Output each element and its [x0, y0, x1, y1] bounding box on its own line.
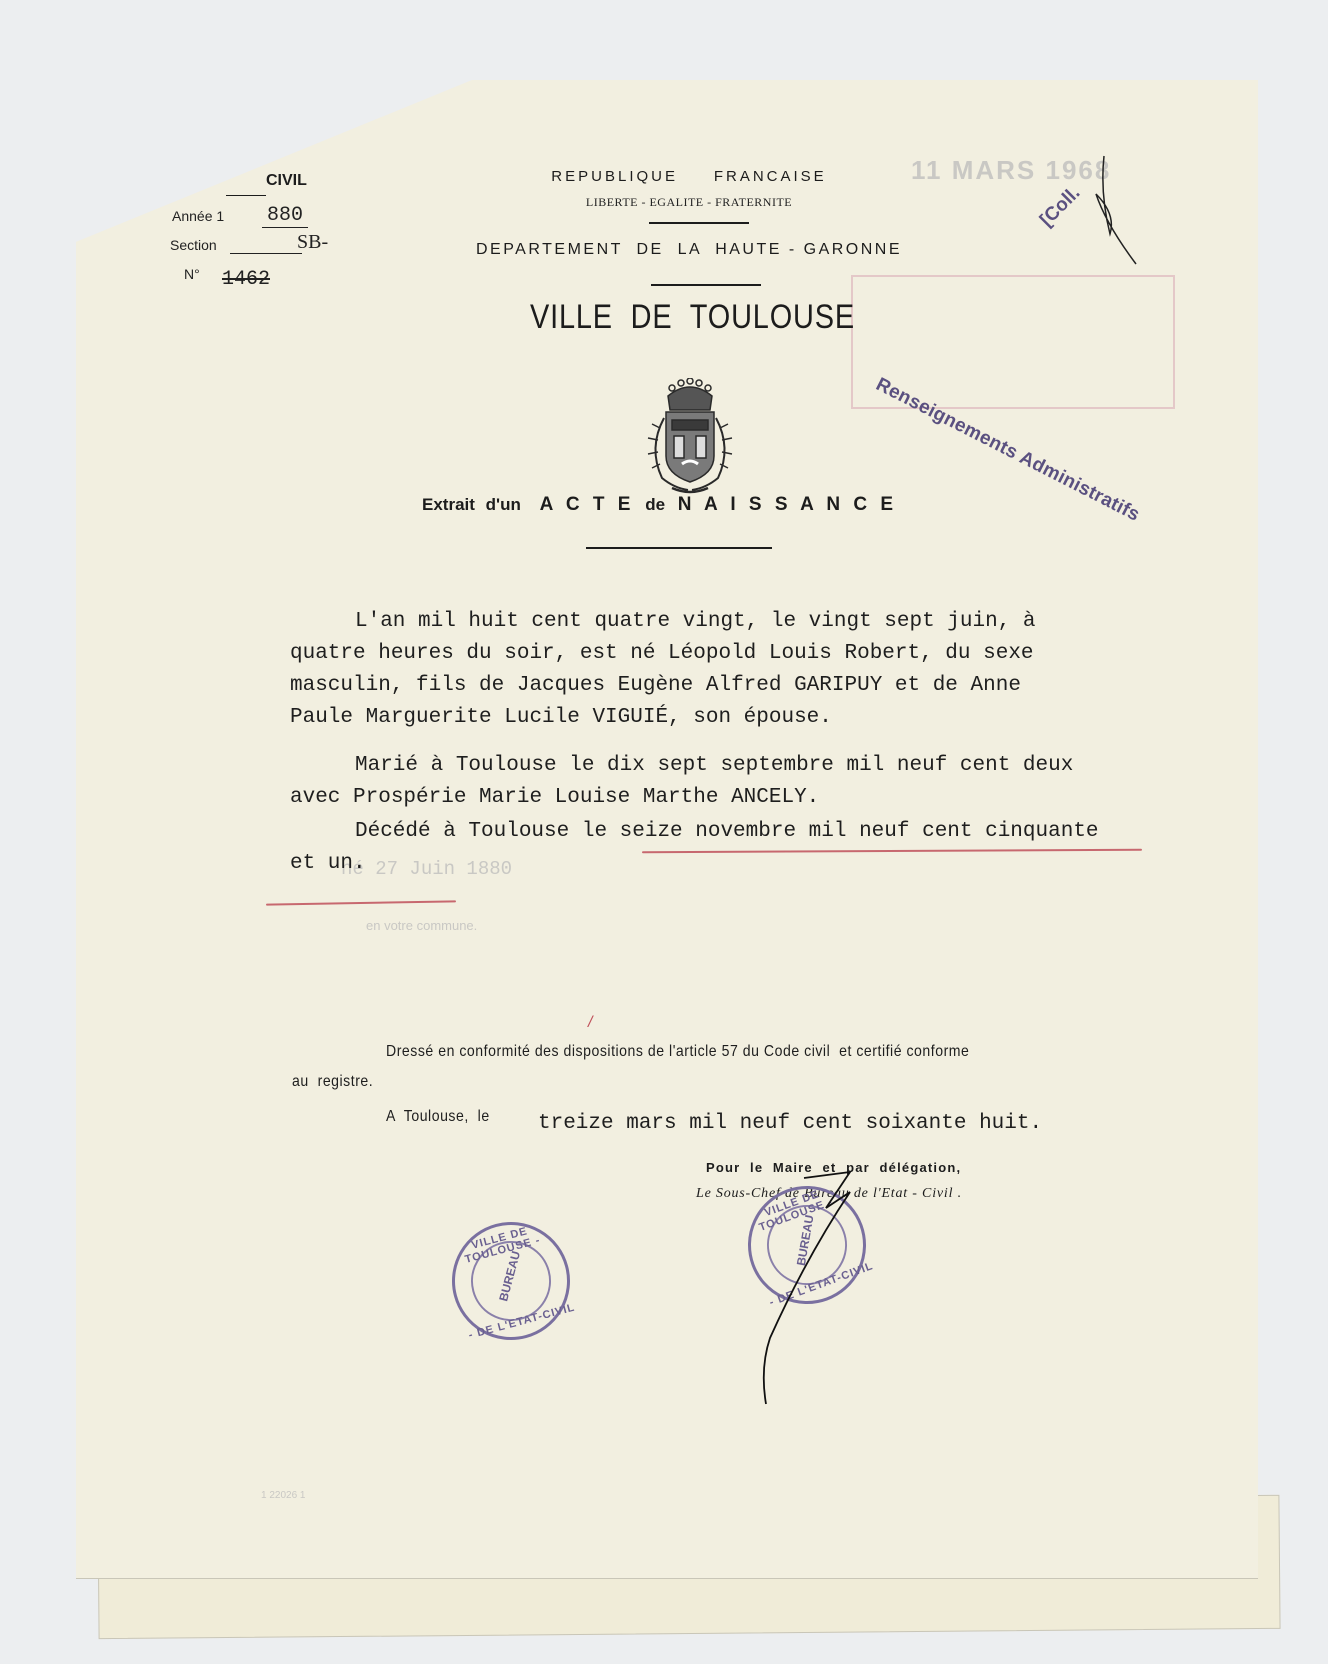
republic-text: REPUBLIQUE FRANCAISE: [551, 168, 826, 185]
department-text: DEPARTEMENT DE LA HAUTE - GARONNE: [476, 241, 902, 258]
doc-type-mid: d'un: [486, 495, 521, 514]
title-rule: [586, 547, 772, 549]
marriage-line-1: Marié à Toulouse le dix sept septembre m…: [355, 754, 1073, 777]
marriage-line-2: avec Prospérie Marie Louise Marthe ANCEL…: [290, 786, 819, 809]
city-title: VILLE DE TOULOUSE: [165, 298, 1170, 337]
birth-line-1: L'an mil huit cent quatre vingt, le ving…: [355, 610, 1036, 633]
coat-of-arms-icon: [638, 378, 742, 498]
place-prefix: A Toulouse, le: [386, 1108, 490, 1126]
doc-type-naissance: N A I S S A N C E: [678, 494, 897, 515]
issue-date: treize mars mil neuf cent soixante huit.: [538, 1112, 1042, 1135]
death-line-1: Décédé à Toulouse le seize novembre mil …: [355, 820, 1099, 843]
city-text: VILLE DE TOULOUSE: [530, 298, 855, 336]
header-rule-1: [649, 222, 749, 224]
doc-type-de: de: [645, 495, 665, 514]
bleed-born-date: né 27 Juin 1880: [341, 858, 512, 880]
red-underline-death: [642, 849, 1142, 854]
doc-type-acte: A C T E: [540, 494, 635, 515]
certification-line-2: au registre.: [292, 1073, 373, 1091]
birth-line-2: quatre heures du soir, est né Léopold Lo…: [290, 642, 1034, 665]
doc-type-prefix: Extrait: [422, 495, 475, 514]
number-value: 1462: [208, 268, 284, 291]
certification-line-1: Dressé en conformité des dispositions de…: [386, 1043, 969, 1061]
bleed-commune: en votre commune.: [366, 918, 477, 933]
bleed-footer-left: 1 22026 1: [261, 1490, 306, 1501]
number-label: N°: [184, 266, 200, 282]
year-label: Année 1: [172, 208, 224, 224]
motto-text: LIBERTE - EGALITE - FRATERNITE: [586, 195, 792, 209]
birth-line-4: Paule Marguerite Lucile VIGUIÉ, son épou…: [290, 706, 832, 729]
signature-icon: [746, 1168, 896, 1408]
red-underline-margin: [266, 900, 456, 905]
red-mark-1: /: [588, 1014, 592, 1032]
header-rule-2: [651, 284, 761, 286]
birth-line-3: masculin, fils de Jacques Eugène Alfred …: [290, 674, 1021, 697]
death-line-2: et un.: [290, 852, 366, 875]
document-page: 11 MARS 1968 né 27 Juin 1880 en votre co…: [76, 80, 1258, 1579]
initials-signature-icon: [1076, 154, 1156, 274]
civil-registry-seal-left: VILLE DE TOULOUSE - BUREAU - DE L'ETAT-C…: [439, 1209, 584, 1354]
document-type: Extrait d'un A C T E de N A I S S A N C …: [422, 494, 897, 516]
